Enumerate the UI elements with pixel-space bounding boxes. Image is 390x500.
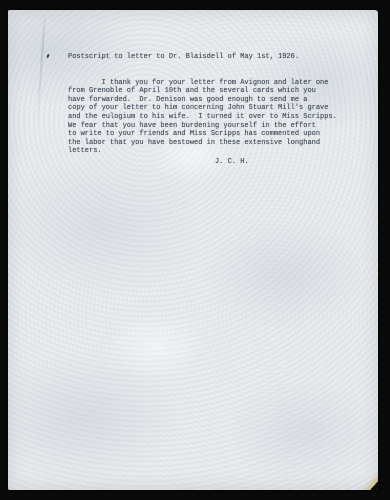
typed-line: copy of your letter to him concerning Jo… [68,104,353,113]
scanner-background: Postscript to letter to Dr. Blaisdell of… [0,0,390,500]
ink-speck [46,54,49,58]
paper-crease [36,12,46,130]
signature-initials: J. C. H. [215,158,353,167]
typed-line: the labor that you have bestowed in thes… [68,139,353,148]
typed-line: to write to your friends and Miss Scripp… [68,130,353,139]
typed-line: and the eulogium to his wife. I turned i… [68,113,353,122]
typed-text-block: Postscript to letter to Dr. Blaisdell of… [68,53,353,167]
postscript-paragraph: I thank you for your letter from Avignon… [68,79,353,156]
curled-corner [360,470,378,490]
postscript-heading: Postscript to letter to Dr. Blaisdell of… [68,53,353,62]
typed-line: I thank you for your letter from Avignon… [68,79,353,88]
typed-line: letters. [68,147,353,156]
letter-page: Postscript to letter to Dr. Blaisdell of… [8,10,378,490]
typed-line: from Grenoble of April 10th and the seve… [68,87,353,96]
typed-line: We fear that you have been burdening you… [68,122,353,131]
